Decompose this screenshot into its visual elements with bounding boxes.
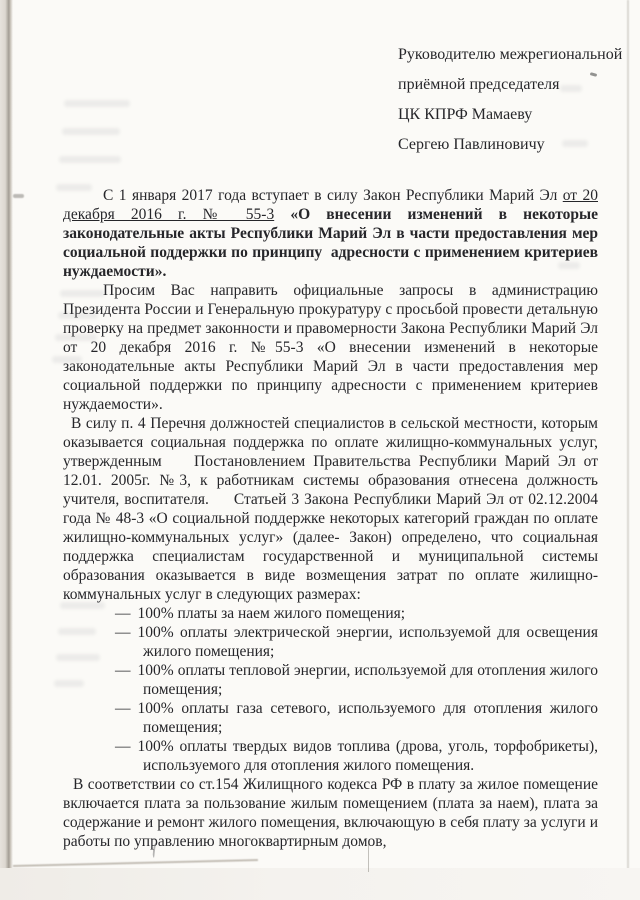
list-item: —100% оплаты газа сетевого, используемог… [63, 699, 598, 737]
law-intro-text: С 1 января 2017 года вступает в силу Зак… [103, 187, 563, 204]
bleedthrough-mark [60, 602, 105, 609]
list-dash: — [115, 738, 131, 755]
bleedthrough-mark [54, 680, 84, 687]
list-item: —100% оплаты электрической энергии, испо… [63, 623, 598, 661]
list-item-text: 100% оплаты твердых видов топлива (дрова… [138, 738, 599, 774]
recipient-block: Руководителю межрегиональной приёмной пр… [398, 40, 632, 160]
bleedthrough-mark [60, 290, 105, 297]
list-dash: — [115, 605, 131, 622]
recipient-line: ЦК КПРФ Мамаеву [398, 100, 632, 130]
scanned-letter: Руководителю межрегиональной приёмной пр… [0, 0, 640, 900]
list-item-text: 100% платы за наем жилого помещения; [138, 605, 406, 622]
scan-left-edge [0, 0, 13, 900]
list-item-text: 100% оплаты тепловой энергии, используем… [138, 662, 599, 698]
list-dash: — [115, 700, 131, 717]
list-item: —100% оплаты тепловой энергии, используе… [63, 661, 598, 699]
benefits-list: —100% платы за наем жилого помещения; —1… [63, 604, 598, 775]
bleedthrough-mark [558, 262, 580, 269]
bleedthrough-mark [52, 356, 82, 363]
bleedthrough-mark [62, 128, 120, 135]
scan-scratch [368, 842, 369, 872]
bleedthrough-mark [56, 654, 100, 661]
scan-bottom-background [0, 868, 640, 900]
bleedthrough-mark [58, 312, 98, 319]
paragraph-request: Просим Вас направить официальные запросы… [63, 281, 598, 414]
list-item: —100% оплаты твердых видов топлива (дров… [63, 737, 598, 775]
bleedthrough-mark [55, 334, 97, 341]
list-dash: — [115, 662, 131, 679]
bleedthrough-mark [58, 628, 96, 635]
bleedthrough-mark [59, 156, 121, 163]
list-item-text: 100% оплаты электрической энергии, испол… [138, 624, 599, 660]
paragraph-legal-basis: В силу п. 4 Перечня должностей специалис… [63, 414, 598, 604]
edge-speck [13, 194, 24, 198]
bleedthrough-mark [56, 184, 92, 191]
bleedthrough-mark [64, 100, 130, 107]
paragraph-law-intro: С 1 января 2017 года вступает в силу Зак… [63, 186, 598, 281]
recipient-line: Руководителю межрегиональной [398, 40, 632, 70]
recipient-line: Сергею Павлиновичу [398, 130, 632, 160]
scan-right-edge [627, 0, 629, 872]
list-item-text: 100% оплаты газа сетевого, используемого… [138, 700, 599, 736]
letter-body: С 1 января 2017 года вступает в силу Зак… [63, 186, 598, 851]
list-item: —100% платы за наем жилого помещения; [63, 604, 598, 623]
paragraph-housing-code: В соответствии со ст.154 Жилищного кодек… [63, 775, 598, 851]
bleedthrough-mark [562, 140, 588, 147]
list-dash: — [115, 624, 131, 641]
bleedthrough-mark [560, 85, 582, 92]
